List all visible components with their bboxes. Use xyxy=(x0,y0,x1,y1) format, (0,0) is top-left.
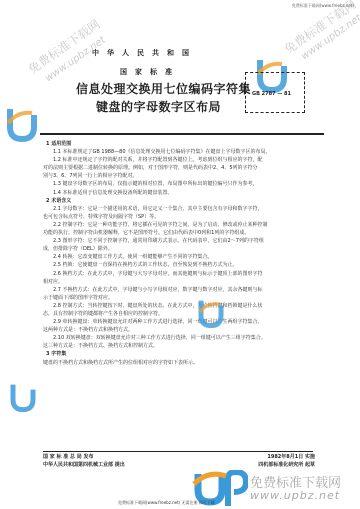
body-line: 2.5 档锁：它使键盘一直保持在换档方式的工作状态，直至恢复到不换档方式为止。 xyxy=(43,261,325,269)
body-line: 1.1 本标准规定了GB 1988—80《信息处理交换用七位编码字符集》在键盘上… xyxy=(43,148,325,156)
body-line: 这两种方式是：不换档方式和换档方式。 xyxy=(43,326,325,334)
body-line: 也可包含标点符号、特殊字符及间隔字符（SP）等。 xyxy=(43,213,325,221)
body-line: 2.10 双转换键盘：双转换键盘允许对三种工作方式进行选择，同一组键可以产生三组… xyxy=(43,334,325,342)
bottom-divider xyxy=(43,451,313,452)
body-line: 相对应。 xyxy=(43,278,325,286)
top-divider xyxy=(40,133,324,135)
body-line: 别与3、6、7列同一行上的相应字符配对。 xyxy=(43,172,325,180)
effective-date: 1982年8月1日 实施 xyxy=(267,453,315,460)
upbz-logo-icon xyxy=(4,105,40,145)
body-line: 这三种方式是：不换档方式、换档方式和控制方式。 xyxy=(43,342,325,350)
body-line: 1.2 标准中还规定了字符的配对关系，并将字符配置到各键位上。考虑到位组与相应的… xyxy=(43,156,325,164)
top-source-link[interactable]: 免费标准下载网(www.freebz.net) xyxy=(292,3,354,9)
body-line: 1 适用范围 xyxy=(43,140,325,148)
body-line: 示于键面下部的图形字符对应。 xyxy=(43,294,325,302)
body-line: 2.3 图形字符：它不同于控制字符，通常用印刷方式表示。在代码表中，它们由2～7… xyxy=(43,237,325,245)
brand-url[interactable]: www.upbz.net xyxy=(250,489,340,502)
body-line: 键盘的不换档方式和换档方式所产生的位组相对应的字符如下表所示。 xyxy=(43,359,325,367)
body-line: 态，具有控制字符的键都将产生各自相应的控制字符。 xyxy=(43,310,325,318)
body-line: 对的法则主要根据二进制位转换的原理。例如，对于图形字符，则是代码表中2、4、5列… xyxy=(43,164,325,172)
body-line: 1.3 键盘字母数字区的布局，仅指示键的相对位置，布局图中所标出的键位编号只作为… xyxy=(43,180,325,188)
document-title-line1: 信息处理交换用七位编码字符集 xyxy=(76,80,251,97)
body-line: 2.7 不换档方式：在此方式中，字母键与小写字母相对应，数字键与数字对应，其余各… xyxy=(43,286,325,294)
document-title-line2: 键盘的字母数字区布局 xyxy=(96,98,221,115)
body-line: 3 字符集 xyxy=(43,350,325,358)
standard-type: 国家标准 xyxy=(120,67,180,77)
upbz-logo-icon xyxy=(196,296,226,332)
standard-number-box: GB 2787 — 81 xyxy=(245,72,305,113)
body-line: 2.8 控制方式：当转控键按下时，键盘所处的状态。在此方式中，无论换档键和档锁键… xyxy=(43,302,325,310)
footer-row-issued: 国 家 标 准 总 局 发布 1982年8月1日 实施 xyxy=(43,453,315,460)
bottom-download-note: 免费标准下载网(www.freebz.net) 无需注册 即可下载 xyxy=(118,500,215,506)
body-line: 成，但排除字符（DEL）除外。 xyxy=(43,245,325,253)
issuer: 国 家 标 准 总 局 发布 xyxy=(43,453,93,460)
body-line: 1.4 本标准适用于信息处理交换设备所配的键盘装置。 xyxy=(43,189,325,197)
watermark-cn: 免费标准下载网 xyxy=(25,15,104,77)
standard-number: GB 2787 — 81 xyxy=(252,91,291,97)
body-line: 2.1 字母数字：它是一个描述用的术语，用它定义一个集合，其中主要包含有字母和数… xyxy=(43,205,325,213)
footer-row-proposed: 中华人民共和国第四机械工业部 提出 四机部标准化研究所 起草 xyxy=(43,461,315,468)
body-line: 功能的执行。控制字符由机器解释，它不是图形符号。它们由代码表中0列和1列的字符组… xyxy=(43,229,325,237)
country-name: 中华人民共和国 xyxy=(92,48,197,58)
watermark-url: www.upbz.net xyxy=(43,35,107,85)
upbz-logo-icon xyxy=(8,380,38,416)
watermark-url: www.upbz.net xyxy=(299,13,360,63)
body-line: 2.9 单转换键盘：单转换键盘允许对两种工作方式进行选择，同一组键可以产生两组字… xyxy=(43,318,325,326)
body-line: 2.2 控制字符：它是一种功能字符，将它插在可见的字符之间，是为了启动、修改或停… xyxy=(43,221,325,229)
document-body: 1 适用范围 1.1 本标准规定了GB 1988—80《信息处理交换用七位编码字… xyxy=(43,140,325,367)
body-line: 2.4 转换：它改变键盘工作方式，使同一组键能够产生不同的字符集合。 xyxy=(43,253,325,261)
body-line: 2.6 换档方式：在此方式中，字母键与大写字母对应，而其他键则与标示于键顶上部的… xyxy=(43,270,325,278)
drafter: 四机部标准化研究所 起草 xyxy=(258,461,315,468)
proposer: 中华人民共和国第四机械工业部 提出 xyxy=(43,461,125,468)
body-line: 2 术语含义 xyxy=(43,197,325,205)
